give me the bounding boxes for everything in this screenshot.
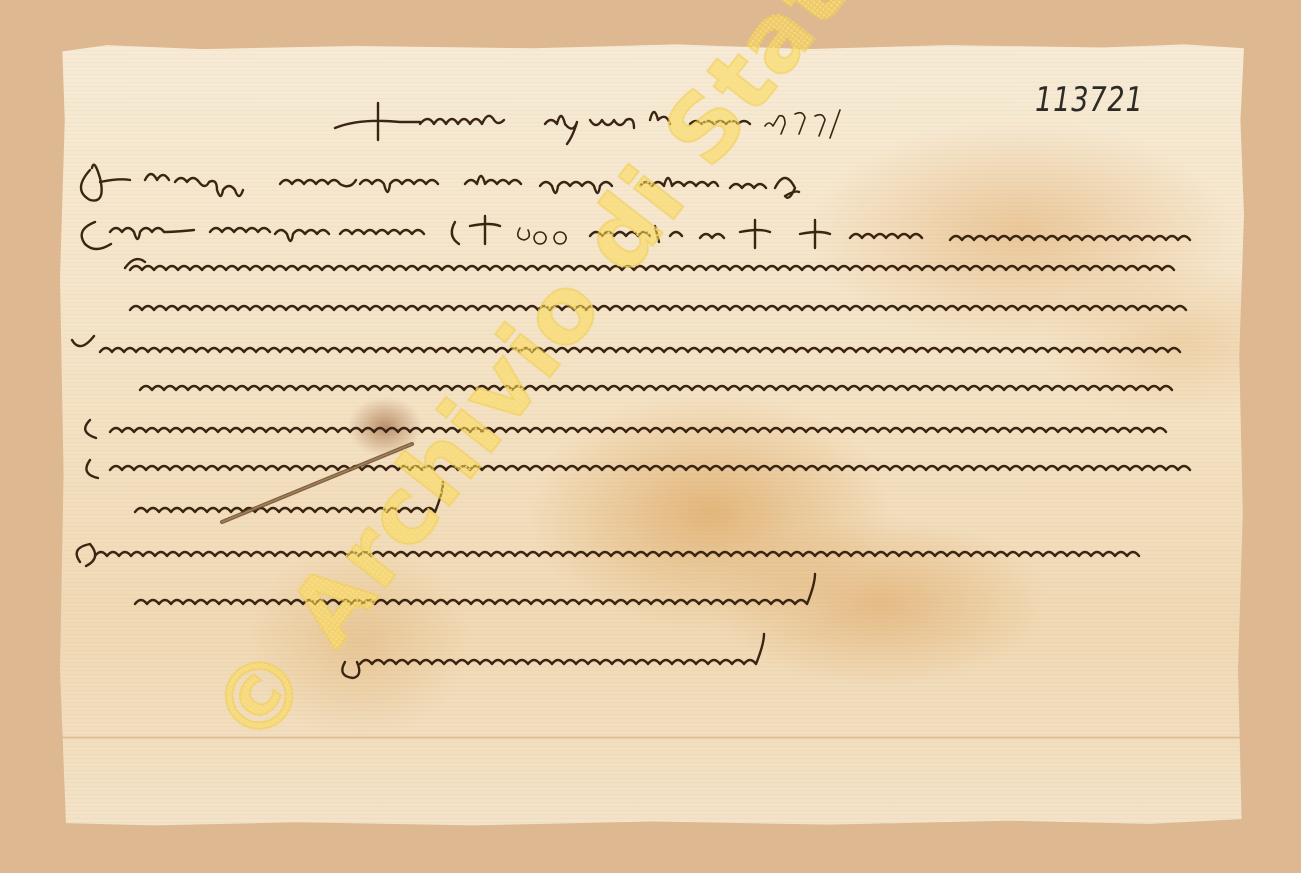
- document-date-fragment: 1397: [0, 0, 1, 1]
- fold-line: [60, 736, 1244, 739]
- archive-number: 113721: [1035, 80, 1144, 120]
- letter-paper: [60, 42, 1244, 827]
